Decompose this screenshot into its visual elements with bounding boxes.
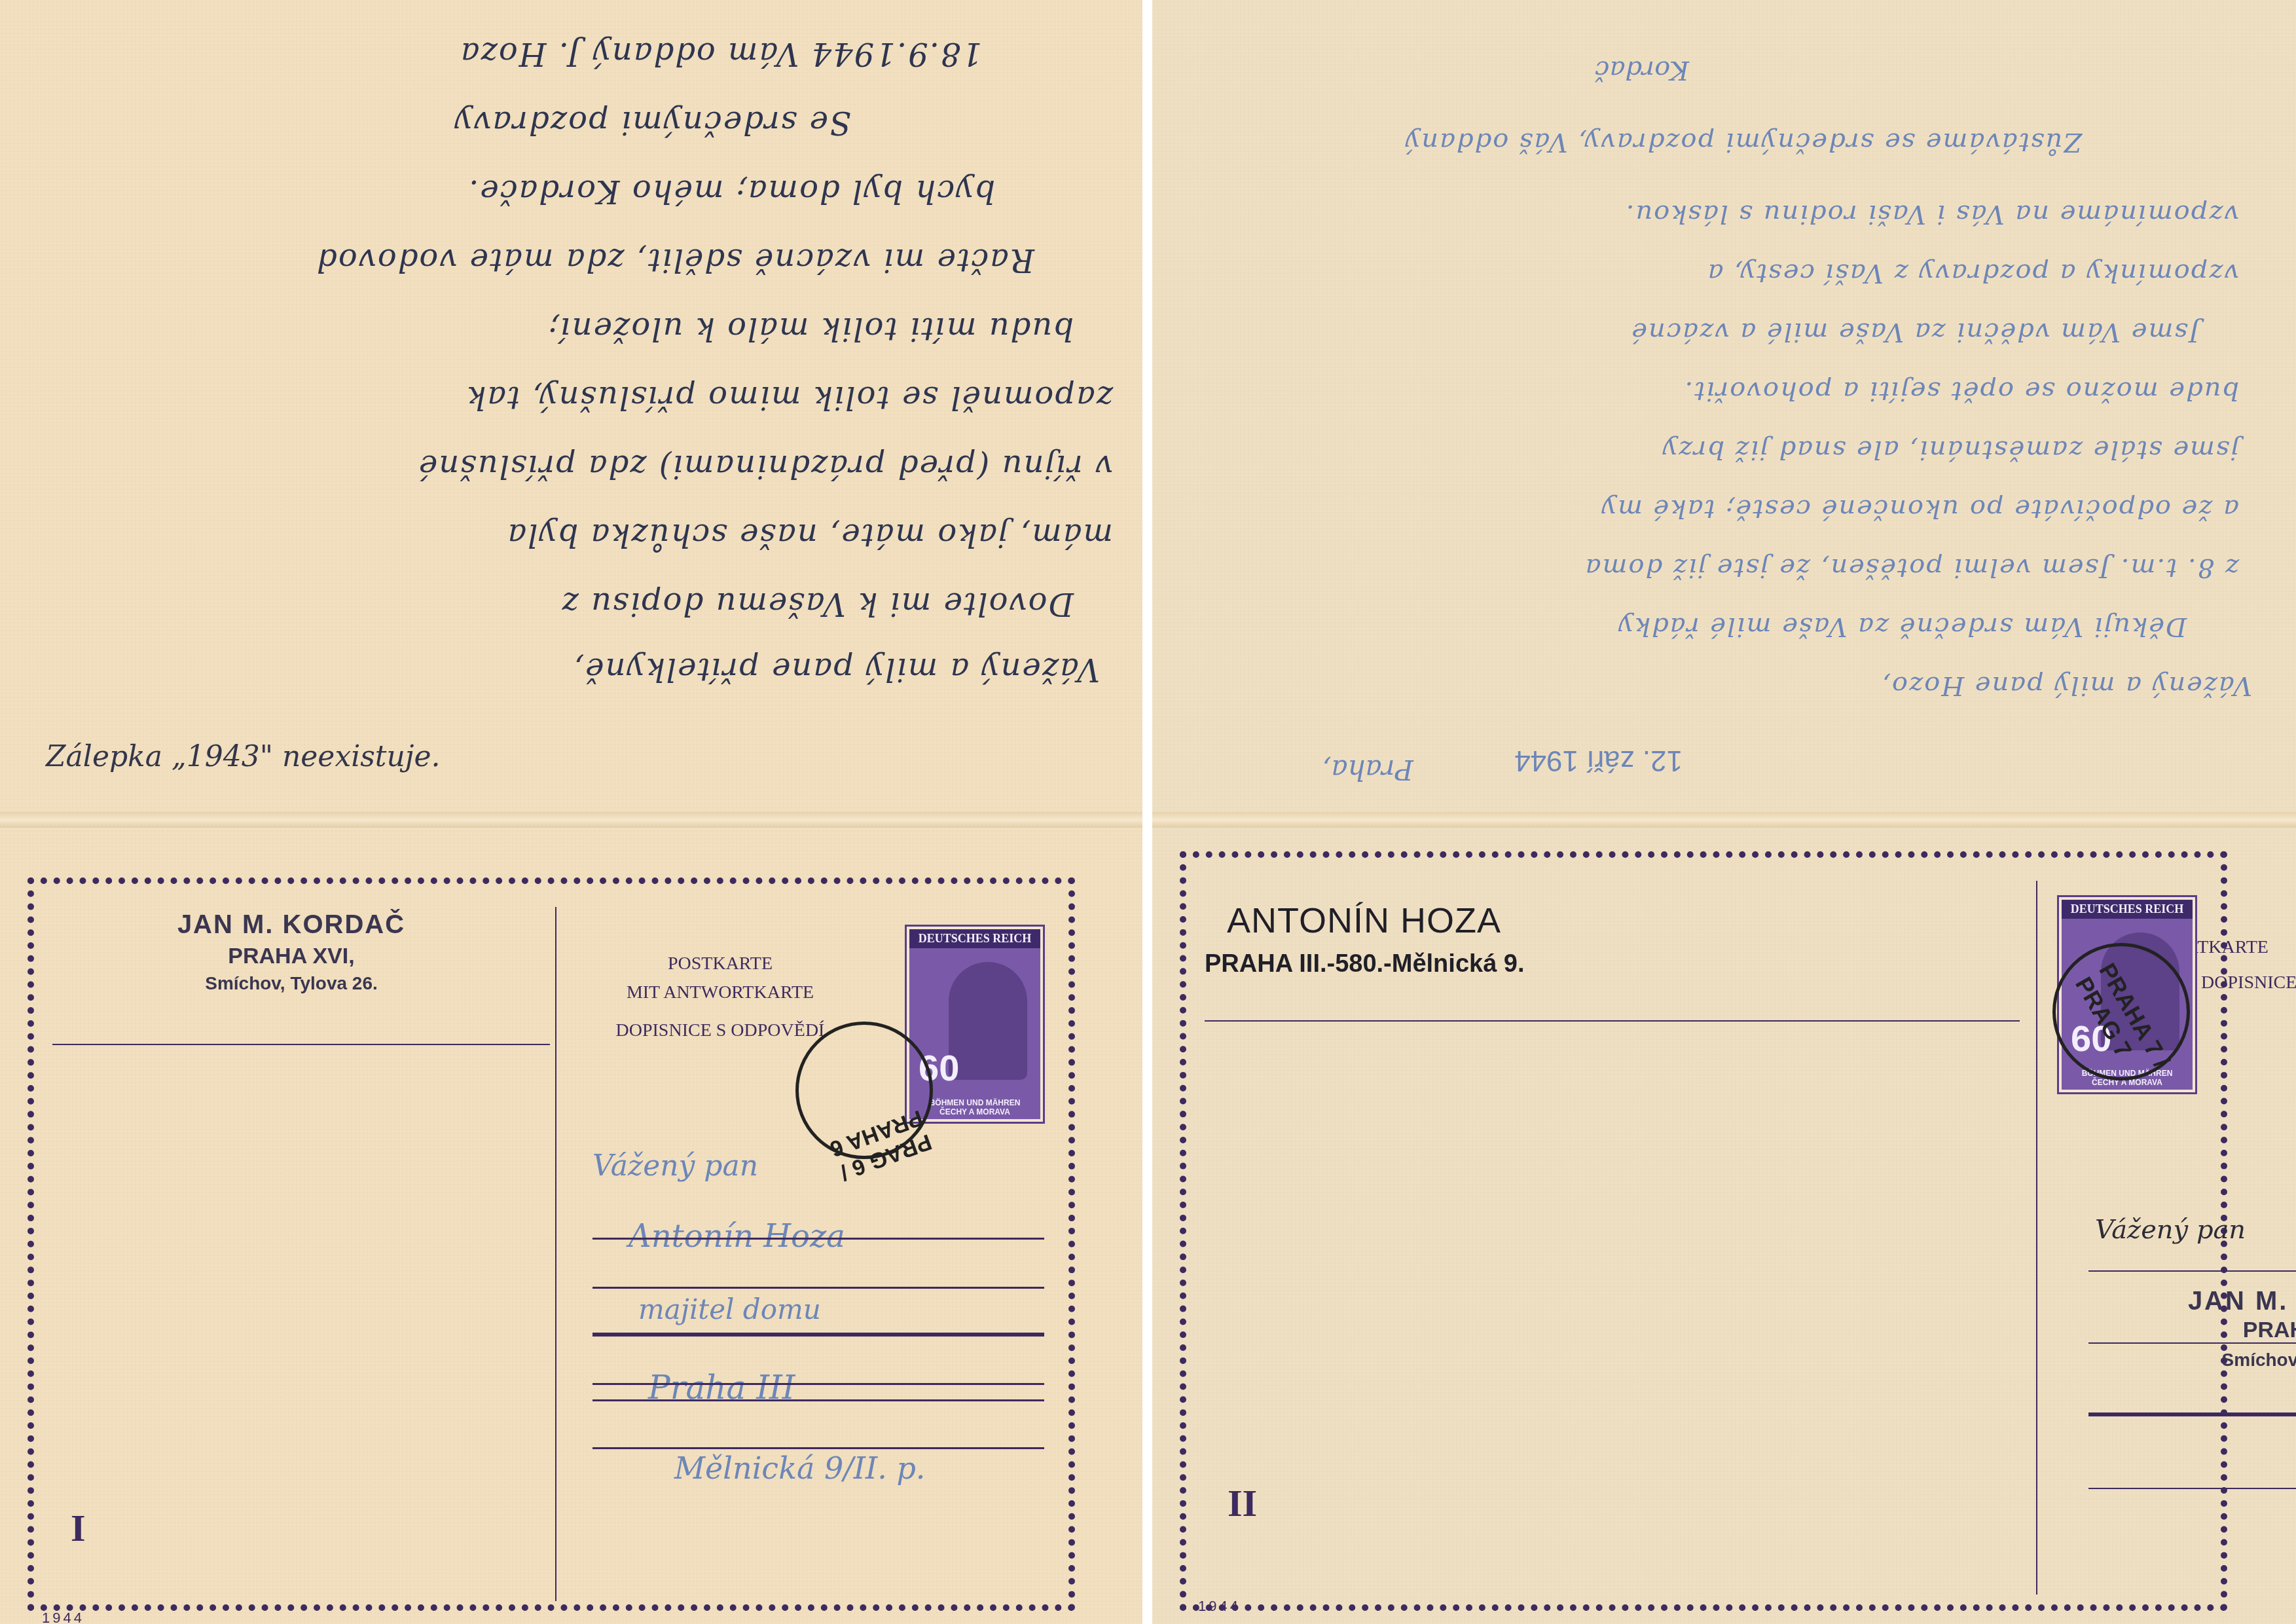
address-line (2088, 1412, 2296, 1416)
sender-block: ANTONÍN HOZA PRAHA III.-580.-Mělnická 9. (1205, 900, 1611, 978)
message-line: Vážený a milý pane Hozo, (1881, 671, 2252, 701)
message-line: 18.9.1944 Vám oddaný J. Hoza (460, 35, 982, 72)
sender-underline (52, 1044, 550, 1045)
message-line: Děkuji Vám srdečně za Vaše milé řádky (1617, 612, 2187, 642)
sender-address: PRAHA III.-580.-Mělnická 9. (1205, 950, 1611, 978)
message-line: Račte mi vzácně sdělit, zda máte vodovod (316, 242, 1034, 278)
fold-line (0, 812, 1142, 828)
recipient-street: Smíchov Tylova 26. (2088, 1350, 2296, 1371)
sender-block: JAN M. KORDAČ PRAHA XVI, Smíchov, Tylova… (52, 910, 530, 994)
message-line: bude možno se opět sejíti a pohovořit. (1683, 376, 2239, 406)
left-card-sheet: Vážený a milý pane přítelkyně, Dovolte m… (0, 0, 1142, 1624)
card-type-label: POSTKARTE MIT ANTWORTKARTE DOPISNICE S O… (583, 950, 858, 1045)
date-stamp: 12. září 1944 (1514, 744, 1683, 777)
card-type-line: POSTKARTE (583, 950, 858, 978)
recipient-city: PRAHA XVI, (2088, 1318, 2296, 1343)
sender-city: PRAHA XVI, (52, 944, 530, 969)
address-line (2088, 1342, 2296, 1344)
message-line: v říjnu (před prázdninami) zda příslušné (418, 448, 1113, 485)
address-line (592, 1383, 1044, 1385)
recipient-name: Antonín Hoza (629, 1218, 845, 1255)
card-numeral: I (71, 1506, 86, 1550)
recipient-salutation: Vážený pan (592, 1149, 758, 1183)
message-line: Dovolte mi k Vašemu dopisu z (560, 585, 1074, 622)
postmark: PRAHA 7 / PRAG 7 (2052, 943, 2190, 1080)
message-line: jsme stále zaměstnáni, ale snad již brzy (1662, 435, 2239, 465)
address-line (592, 1333, 1044, 1337)
print-year: 1944 (42, 1610, 84, 1624)
message-line: Jsme Vám vděčni za Vaše milé a vzácné (1630, 317, 2200, 347)
recipient-name: JAN M. KORDAČ (2088, 1287, 2296, 1316)
recipient-salutation: Vážený pan (2095, 1215, 2246, 1245)
stamp-design (949, 962, 1027, 1080)
recipient-street: Mělnická 9/II. p. (674, 1450, 925, 1486)
stamp-country: DEUTSCHES REICH (909, 929, 1040, 948)
date-stamp-group: Praha, 12. září 1944 (1309, 733, 1702, 786)
message-line: a že odpočíváte po ukončené cestě; také … (1600, 494, 2239, 524)
card-numeral: II (1228, 1481, 1257, 1525)
postmark: PRAG 6 / PRAHA 6 (795, 1022, 933, 1159)
print-year: 1944 (1198, 1598, 1241, 1615)
stamp-country: DEUTSCHES REICH (2062, 900, 2193, 919)
divider-line (555, 907, 556, 1601)
pencil-note: Zálepka „1943" neexistuje. (46, 740, 441, 773)
signature: Kordač (1595, 55, 1689, 85)
message-line: zapomněl se tolik mimo příslušný, tak (465, 379, 1113, 416)
address-line (592, 1238, 1044, 1240)
left-message-body: Vážený a milý pane přítelkyně, Dovolte m… (13, 13, 1126, 694)
sender-name: ANTONÍN HOZA (1227, 900, 1611, 941)
card-type-line: MIT ANTWORTKARTE (583, 978, 858, 1007)
fold-line (1152, 812, 2296, 828)
address-line (592, 1399, 1044, 1401)
message-line: vzpomínky a pozdravy z Vaší cesty, a (1707, 258, 2239, 288)
sender-name: JAN M. KORDAČ (52, 910, 530, 940)
message-line: Se srdečnými pozdravy (453, 104, 851, 141)
message-line: mám, jako máte, naše schůzka byla (507, 517, 1113, 553)
right-card-sheet: Vážený a milý pane Hozo, Děkuji Vám srde… (1152, 0, 2296, 1624)
address-line (2088, 1270, 2296, 1272)
message-line: Vážený a milý pane přítelkyně, (573, 651, 1100, 688)
sender-street: Smíchov, Tylova 26. (52, 973, 530, 994)
message-line: budu míti tolik málo k uložení; (547, 310, 1074, 347)
address-line (2088, 1488, 2296, 1489)
sender-underline (1205, 1020, 2020, 1022)
message-line: z 8. t.m. Jsem velmi potěšen, že jste ji… (1584, 553, 2239, 583)
address-line (592, 1447, 1044, 1449)
message-line: Zůstáváme se srdečnými pozdravy, Váš odd… (1404, 127, 2082, 157)
place-handwritten: Praha, (1322, 754, 1413, 786)
address-line (592, 1287, 1044, 1289)
right-message-body: Vážený a milý pane Hozo, Děkuji Vám srde… (1165, 13, 2278, 707)
divider-line (2036, 881, 2037, 1595)
message-line: bych byl doma; mého Kordače. (467, 173, 995, 210)
recipient-printed: JAN M. KORDAČ PRAHA XVI, Smíchov Tylova … (2088, 1287, 2296, 1371)
message-line: vzpomínáme na Vás i Vaši rodinu s láskou… (1625, 199, 2239, 229)
recipient-title: majitel domu (638, 1293, 821, 1325)
